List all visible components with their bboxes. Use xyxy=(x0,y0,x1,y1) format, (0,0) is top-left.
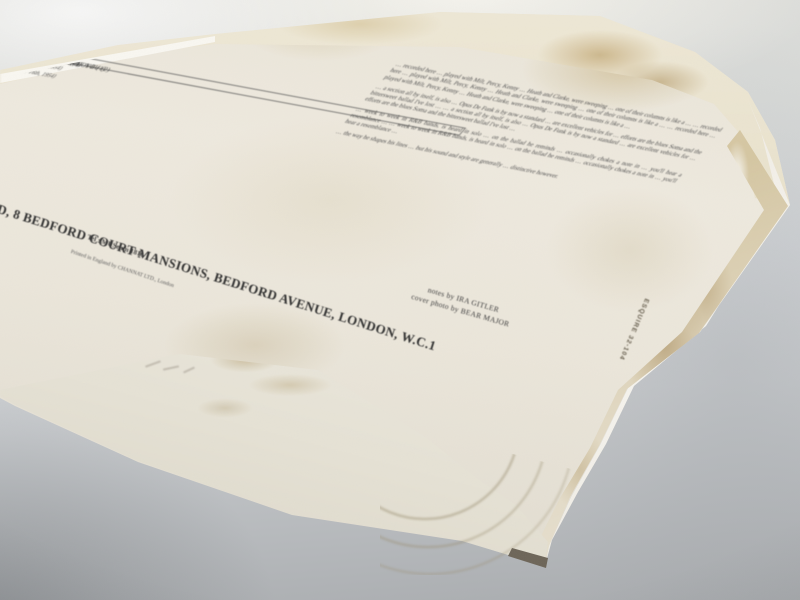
notes-credit: notes by IRA GITLER xyxy=(375,270,551,330)
label-address: LTD, 8 BEDFORD COURT MANSIONS, BEDFORD A… xyxy=(0,196,438,354)
photo-scene: MILT JACKSON Quartet and Quintet MODERN … xyxy=(0,0,800,600)
